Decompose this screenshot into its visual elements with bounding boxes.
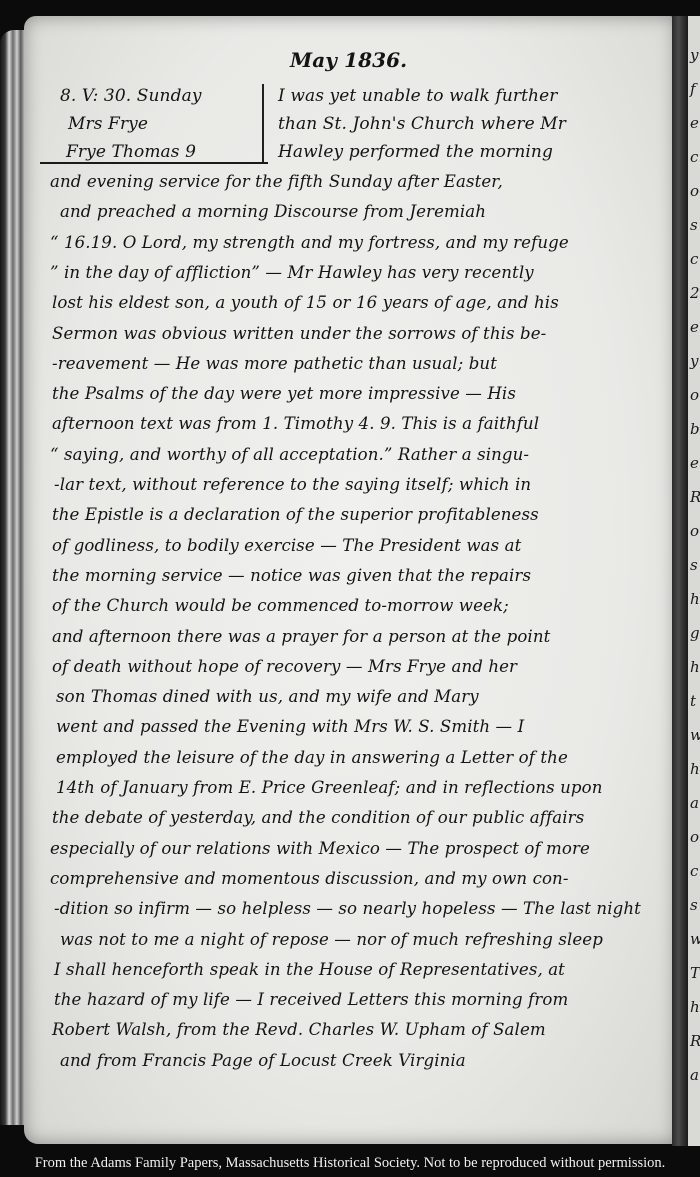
adjacent-page-letter: c xyxy=(690,862,698,880)
adjacent-page-letter: o xyxy=(690,386,699,404)
adjacent-page-letter: s xyxy=(690,896,698,914)
journal-line: comprehensive and momentous discussion, … xyxy=(50,869,569,888)
adjacent-page-letter: a xyxy=(690,794,699,812)
journal-line: was not to me a night of repose — nor of… xyxy=(60,930,603,949)
adjacent-page-letter: c xyxy=(690,250,698,268)
journal-line: Hawley performed the morning xyxy=(278,142,553,162)
adjacent-page-letter: R xyxy=(690,1032,700,1050)
page-date-heading: May 1836. xyxy=(290,48,407,72)
journal-line: and evening service for the fifth Sunday… xyxy=(50,172,503,191)
journal-line: son Thomas dined with us, and my wife an… xyxy=(56,687,479,706)
journal-line: employed the leisure of the day in answe… xyxy=(56,748,568,767)
margin-note-line: Frye Thomas 9 xyxy=(66,142,196,162)
journal-line: the debate of yesterday, and the conditi… xyxy=(52,808,584,827)
adjacent-page-letter: b xyxy=(690,420,700,438)
book-binding-gutter xyxy=(672,16,688,1146)
adjacent-page-letter: T xyxy=(690,964,700,982)
journal-line: and from Francis Page of Locust Creek Vi… xyxy=(60,1051,466,1070)
journal-line: and afternoon there was a prayer for a p… xyxy=(52,627,550,646)
margin-note-line: 8. V: 30. Sunday xyxy=(60,86,202,106)
journal-line: of the Church would be commenced to-morr… xyxy=(52,596,509,615)
adjacent-page-letter: o xyxy=(690,522,699,540)
adjacent-page-letter: e xyxy=(690,318,699,336)
adjacent-page-letter: f xyxy=(690,80,696,98)
journal-line: -dition so infirm — so helpless — so nea… xyxy=(54,899,641,918)
adjacent-page-letter: y xyxy=(690,46,698,64)
journal-line: “ 16.19. O Lord, my strength and my fort… xyxy=(50,233,569,252)
journal-line: -lar text, without reference to the sayi… xyxy=(54,475,531,494)
adjacent-page-letter: h xyxy=(690,590,700,608)
adjacent-page-letter: w xyxy=(690,726,700,744)
margin-divider-rule xyxy=(40,162,268,164)
adjacent-page-letter: h xyxy=(690,998,700,1016)
journal-line: the Epistle is a declaration of the supe… xyxy=(52,505,539,524)
adjacent-page-edge: yfecosc2eyobeRoshghtwhaocswThRa xyxy=(688,16,700,1146)
journal-line: Sermon was obvious written under the sor… xyxy=(52,324,546,343)
adjacent-page-letter: a xyxy=(690,1066,699,1084)
adjacent-page-letter: h xyxy=(690,760,700,778)
adjacent-page-letter: s xyxy=(690,216,698,234)
adjacent-page-letter: g xyxy=(690,624,700,642)
book-page-edges xyxy=(0,30,26,1125)
journal-line: the morning service — notice was given t… xyxy=(52,566,531,585)
journal-line: lost his eldest son, a youth of 15 or 16… xyxy=(52,293,559,312)
journal-line: of death without hope of recovery — Mrs … xyxy=(52,657,517,676)
adjacent-page-letter: o xyxy=(690,828,699,846)
journal-line: “ saying, and worthy of all acceptation.… xyxy=(50,445,529,464)
journal-line: -reavement — He was more pathetic than u… xyxy=(52,354,497,373)
journal-line: afternoon text was from 1. Timothy 4. 9.… xyxy=(52,414,539,433)
journal-line: and preached a morning Discourse from Je… xyxy=(60,202,486,221)
adjacent-page-letter: w xyxy=(690,930,700,948)
copyright-caption: From the Adams Family Papers, Massachuse… xyxy=(0,1155,700,1172)
journal-line: of godliness, to bodily exercise — The P… xyxy=(52,536,521,555)
journal-line: went and passed the Evening with Mrs W. … xyxy=(56,717,524,736)
adjacent-page-letter: 2 xyxy=(690,284,700,302)
journal-line: 14th of January from E. Price Greenleaf;… xyxy=(56,778,603,797)
journal-line: I was yet unable to walk further xyxy=(278,86,557,106)
adjacent-page-letter: o xyxy=(690,182,699,200)
adjacent-page-letter: h xyxy=(690,658,700,676)
margin-note-line: Mrs Frye xyxy=(68,114,148,134)
journal-line: the hazard of my life — I received Lette… xyxy=(54,990,568,1009)
journal-line: I shall henceforth speak in the House of… xyxy=(54,960,565,979)
adjacent-page-letter: s xyxy=(690,556,698,574)
adjacent-page-letter: t xyxy=(690,692,696,710)
adjacent-page-letter: e xyxy=(690,454,699,472)
margin-bracket xyxy=(262,84,272,164)
journal-line: ” in the day of affliction” — Mr Hawley … xyxy=(50,263,534,282)
journal-line: than St. John's Church where Mr xyxy=(278,114,566,134)
journal-line: especially of our relations with Mexico … xyxy=(50,839,590,858)
adjacent-page-letter: y xyxy=(690,352,698,370)
adjacent-page-letter: e xyxy=(690,114,699,132)
journal-line: Robert Walsh, from the Revd. Charles W. … xyxy=(52,1020,546,1039)
journal-line: the Psalms of the day were yet more impr… xyxy=(52,384,516,403)
adjacent-page-letter: c xyxy=(690,148,698,166)
adjacent-page-letter: R xyxy=(690,488,700,506)
